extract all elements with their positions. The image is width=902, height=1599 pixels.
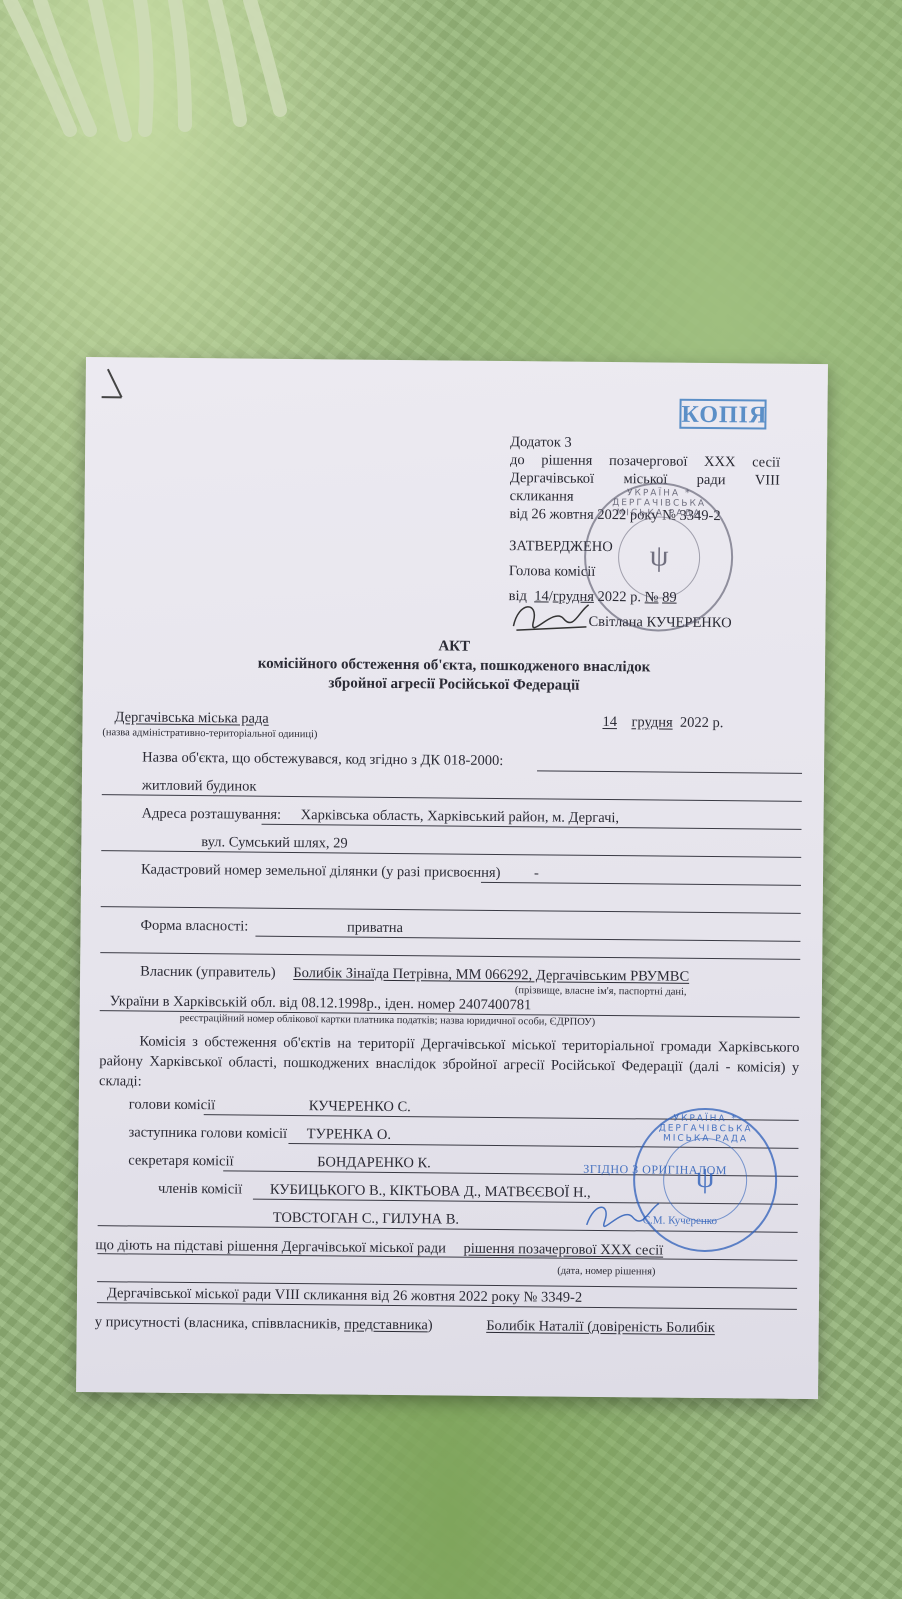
deputy-label: заступника голови комісії [128,1124,287,1142]
underline [100,952,800,960]
address-label: Адреса розташування: [142,806,282,823]
members-label: членів комісії [158,1181,242,1198]
object-name-label: Назва об'єкта, що обстежувався, код згід… [102,749,842,773]
signature-icon [508,596,593,637]
basis-value-1: рішення позачергової XXX сесії [449,1241,683,1259]
presence-label-underlined: представника [344,1317,428,1334]
presence-label-end: ) [428,1317,433,1333]
act-month: грудня [631,714,672,730]
commission-paragraph: Комісія з обстеження об'єктів на територ… [99,1031,800,1098]
trident-emblem-icon: ψ [619,541,699,572]
cadastral-label: Кадастровий номер земельної ділянки (у р… [141,862,501,881]
certifier-name: С.М. Кучеренко [643,1214,717,1227]
ownership-value: приватна [252,919,403,936]
cadastral-row: Кадастровий номер земельної ділянки (у р… [101,861,841,885]
basis-label: що діють на підставі рішення Дергачівськ… [95,1237,446,1256]
presence-value: Болибік Наталії (довіреність Болибік [436,1317,715,1336]
seal-ring-text: УКРАЇНА * ДЕРГАЧІВСЬКА МІСЬКА РАДА [586,488,731,519]
owner-label: Власник (управитель) [140,964,276,981]
seal-inner-circle: ψ [618,516,701,599]
act-title-block: АКТ комісійного обстеження об'єкта, пошк… [83,634,826,698]
secretary-label: секретаря комісії [128,1152,233,1169]
presence-label: у присутності (власника, співвласників, [95,1314,341,1332]
secretary-value: БОНДАРЕНКО К. [237,1153,431,1171]
owner-value-1: Болибік Зінаїда Петрівна, ММ 066292, Дер… [279,965,689,985]
deputy-value: ТУРЕНКА О. [291,1126,392,1143]
staple-icon [100,367,130,403]
copy-stamp: КОПІЯ [679,399,766,430]
address-value-1: Харківська область, Харківський район, м… [285,807,620,826]
act-day: 14 [602,714,617,730]
seal-inner-circle: ψ [663,1138,748,1223]
act-date: 14 грудня 2022 р. [602,714,723,732]
official-seal-top: УКРАЇНА * ДЕРГАЧІВСЬКА МІСЬКА РАДА ψ [583,482,733,632]
ownership-label: Форма власності: [140,918,248,935]
document-sheet: КОПІЯ Додаток 3 до рішення позачергової … [76,357,828,1399]
certified-copy-text: ЗГІДНО З ОРИГІНАЛОМ [583,1162,727,1178]
head-value: КУЧЕРЕНКО С. [219,1097,411,1115]
presence-row: у присутності (власника, співвласників, … [95,1314,795,1338]
blanket-fringe [0,0,902,150]
underline [101,906,801,914]
members-value-1: КУБИЦЬКОГО В., КІКТЬОВА Д., МАТВЄЄВОЇ Н.… [246,1182,591,1201]
admin-unit-value: Дергачівська міська рада [102,709,318,727]
basis-caption: (дата, номер рішення) [97,1261,902,1283]
act-year: 2022 р. [680,715,724,731]
cadastral-value: - [504,865,539,881]
head-label: голови комісії [129,1096,215,1113]
